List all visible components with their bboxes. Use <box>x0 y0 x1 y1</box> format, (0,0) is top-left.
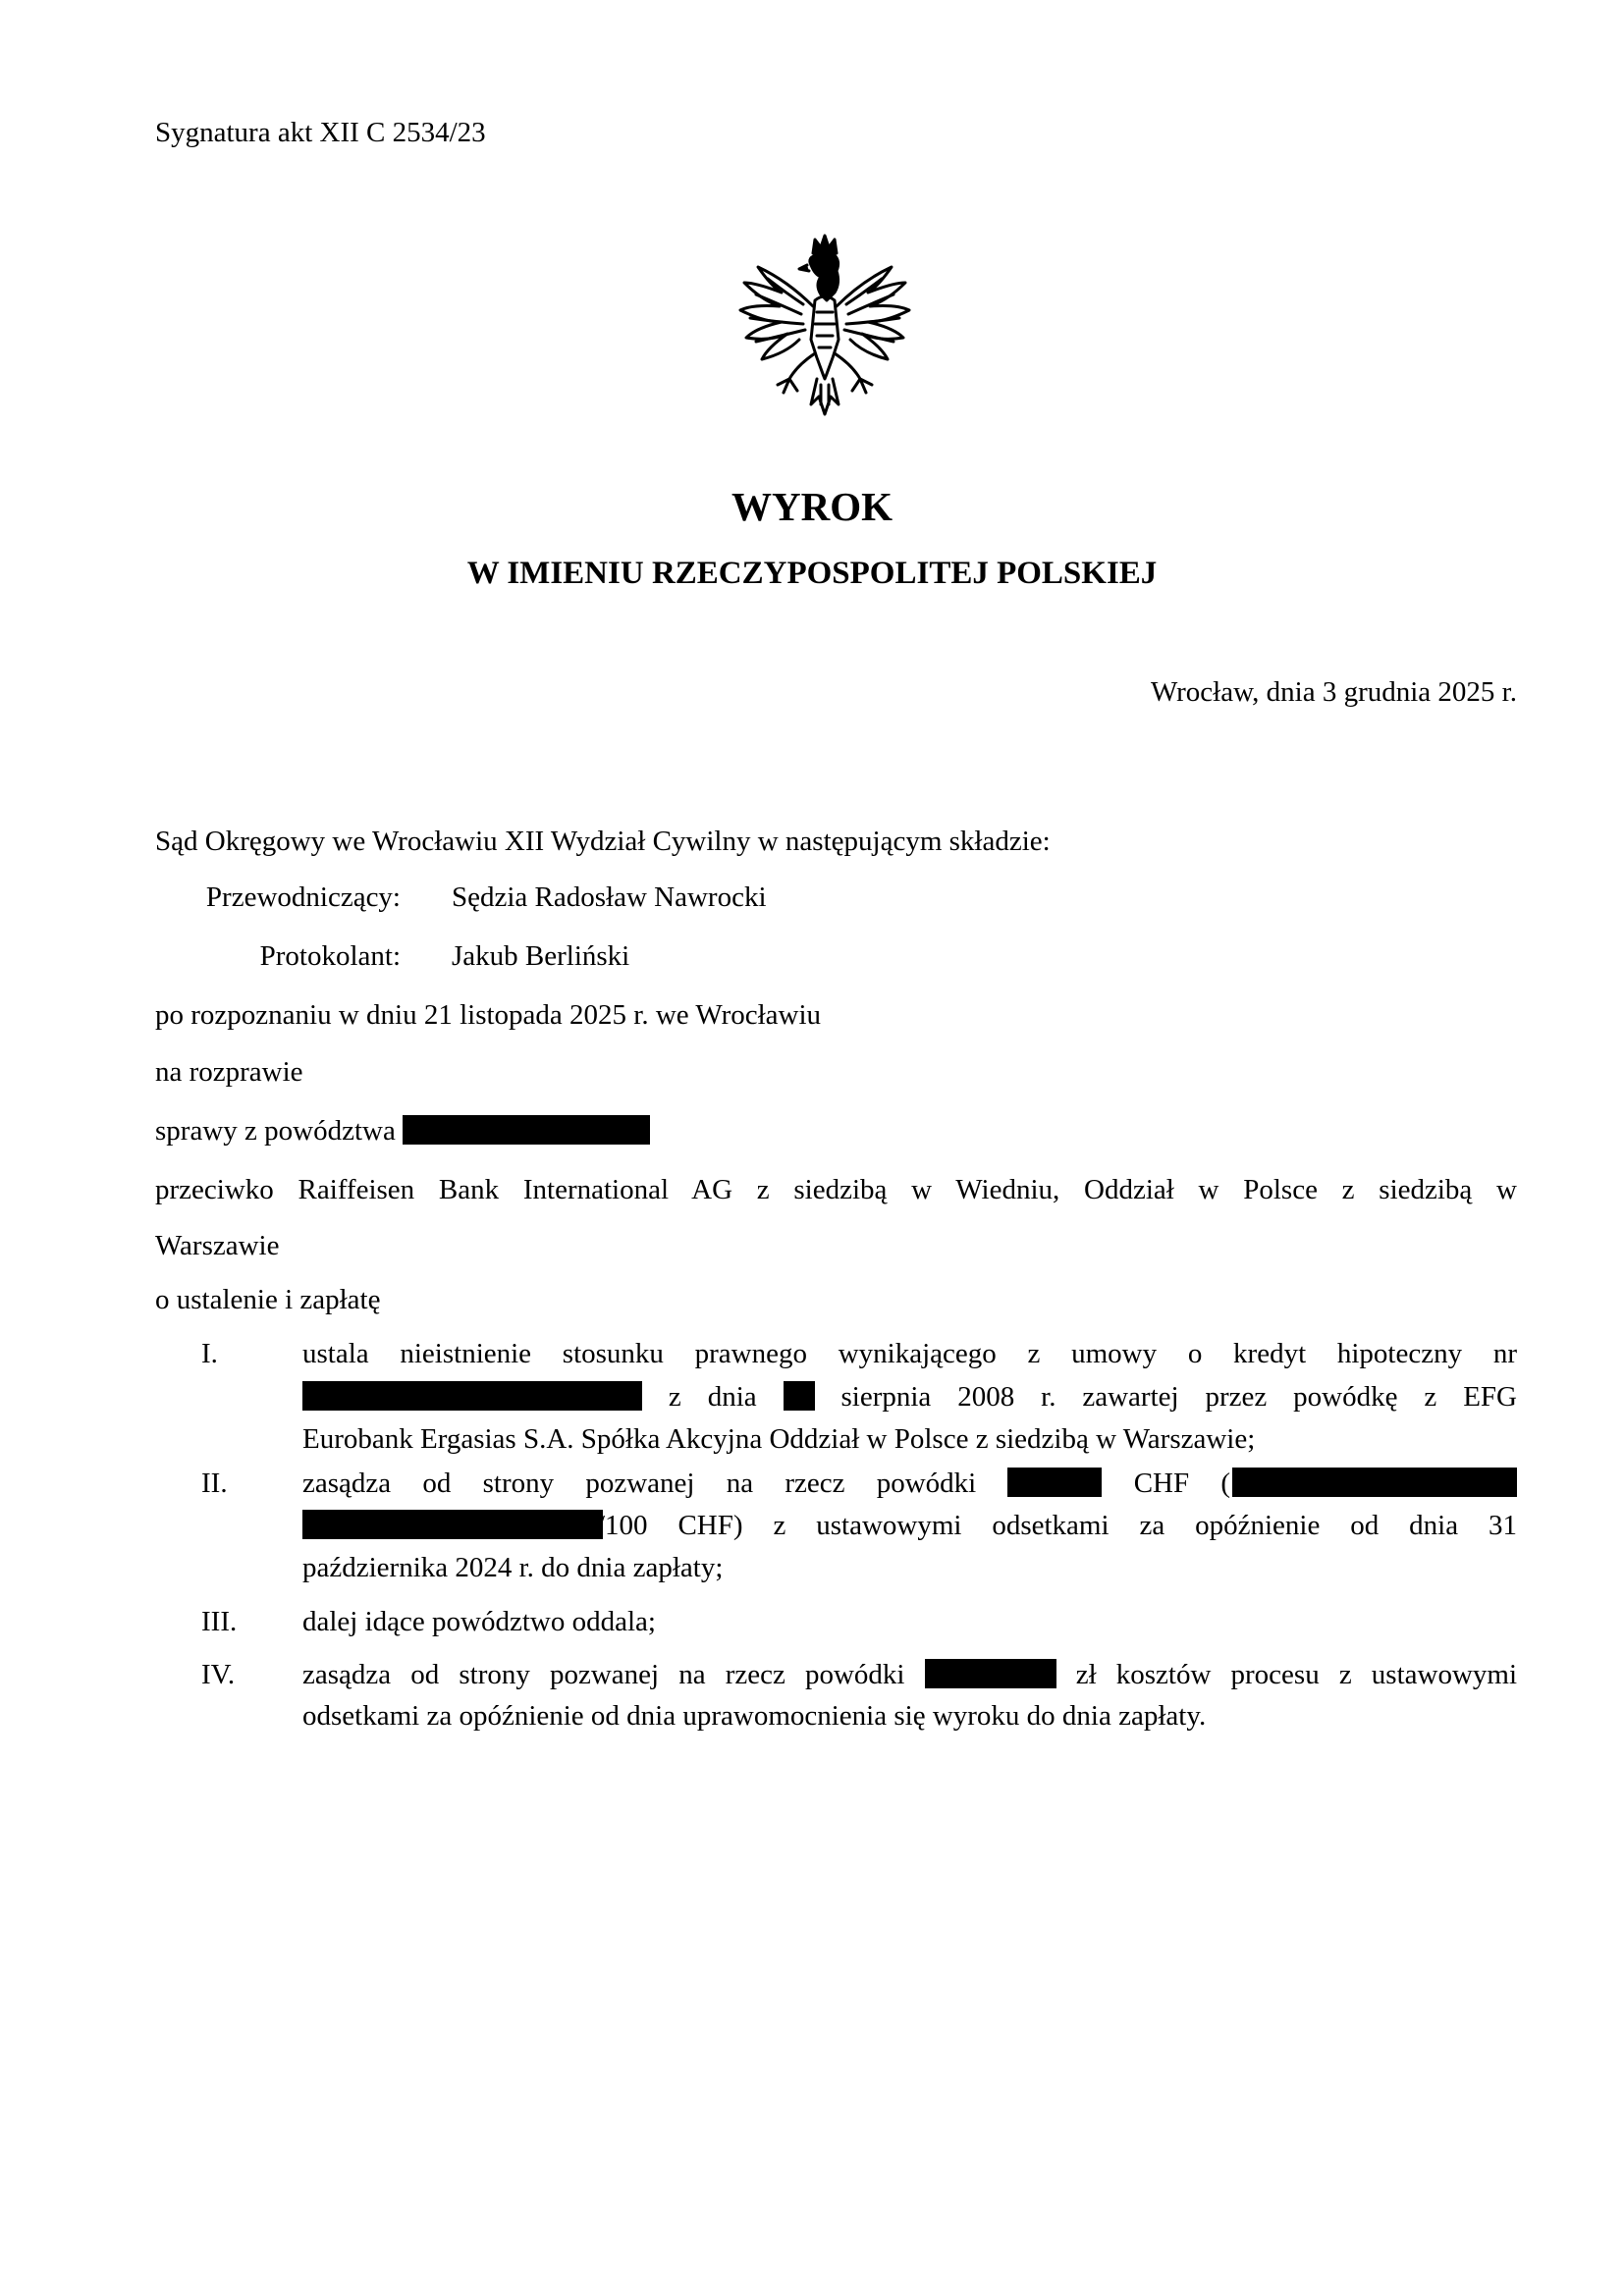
place-and-date: Wrocław, dnia 3 grudnia 2025 r. <box>1151 675 1517 709</box>
ruling-4-line-1: zasądza od strony pozwanej na rzecz powó… <box>302 1658 1517 1691</box>
ruling-numeral-3: III. <box>201 1605 237 1638</box>
ruling-2-text-c: /100 CHF) z ustawowymi odsetkami za opóź… <box>597 1510 1517 1541</box>
ruling-1-line-3: Eurobank Ergasias S.A. Spółka Akcyjna Od… <box>302 1422 1517 1456</box>
defendant-line: przeciwko Raiffeisen Bank International … <box>155 1173 1517 1206</box>
ruling-2-line-3: października 2024 r. do dnia zapłaty; <box>302 1551 1517 1584</box>
plaintiff-line: sprawy z powództwa <box>155 1114 650 1148</box>
court-composition-intro: Sąd Okręgowy we Wrocławiu XII Wydział Cy… <box>155 825 1051 858</box>
presiding-judge-name: Sędzia Radosław Nawrocki <box>452 881 767 914</box>
presiding-judge-label: Przewodniczący: <box>155 881 401 914</box>
ruling-4-text-a: zasądza od strony pozwanej na rzecz powó… <box>302 1659 904 1690</box>
ruling-numeral-4: IV. <box>201 1658 235 1691</box>
redacted-costs-amount <box>925 1659 1056 1688</box>
ruling-1-line-2: z dnia sierpnia 2008 r. zawartej przez p… <box>302 1380 1517 1414</box>
ruling-numeral-2: II. <box>201 1467 228 1500</box>
court-reporter-name: Jakub Berliński <box>452 939 629 973</box>
ruling-1-line-1: ustala nieistnienie stosunku prawnego wy… <box>302 1337 1517 1370</box>
document-title: WYROK <box>0 483 1624 530</box>
ruling-4-text-b: zł kosztów procesu z ustawowymi <box>1076 1659 1517 1690</box>
ruling-3-line-1: dalej idące powództwo oddala; <box>302 1605 1517 1638</box>
ruling-2-line-2: /100 CHF) z ustawowymi odsetkami za opóź… <box>302 1509 1517 1542</box>
case-number: Sygnatura akt XII C 2534/23 <box>155 116 486 149</box>
case-subject: o ustalenie i zapłatę <box>155 1283 380 1316</box>
redacted-contract-day <box>784 1381 815 1411</box>
trial-line: na rozprawie <box>155 1055 303 1089</box>
ruling-2-line-1: zasądza od strony pozwanej na rzecz powó… <box>302 1467 1517 1500</box>
ruling-2-text-b: CHF ( <box>1134 1468 1517 1499</box>
redacted-plaintiff-name <box>403 1115 650 1145</box>
ruling-numeral-1: I. <box>201 1337 218 1370</box>
document-subtitle: W IMIENIU RZECZYPOSPOLITEJ POLSKIEJ <box>0 554 1624 593</box>
redacted-amount-words-part2 <box>302 1510 603 1539</box>
redacted-contract-number <box>302 1381 642 1411</box>
case-from-label: sprawy z powództwa <box>155 1115 396 1147</box>
ruling-1-date-prefix: z dnia <box>669 1381 757 1413</box>
redacted-amount-chf <box>1007 1468 1102 1497</box>
ruling-2-text-a: zasądza od strony pozwanej na rzecz powó… <box>302 1468 976 1499</box>
polish-eagle-emblem-icon <box>738 232 911 418</box>
redacted-amount-words-part1 <box>1232 1468 1517 1497</box>
court-reporter-label: Protokolant: <box>155 939 401 973</box>
hearing-date-line: po rozpoznaniu w dniu 21 listopada 2025 … <box>155 998 821 1032</box>
ruling-1-date-suffix: sierpnia 2008 r. zawartej przez powódkę … <box>841 1381 1518 1413</box>
ruling-4-line-2: odsetkami za opóźnienie od dnia uprawomo… <box>302 1699 1517 1733</box>
defendant-line-continued: Warszawie <box>155 1229 279 1262</box>
